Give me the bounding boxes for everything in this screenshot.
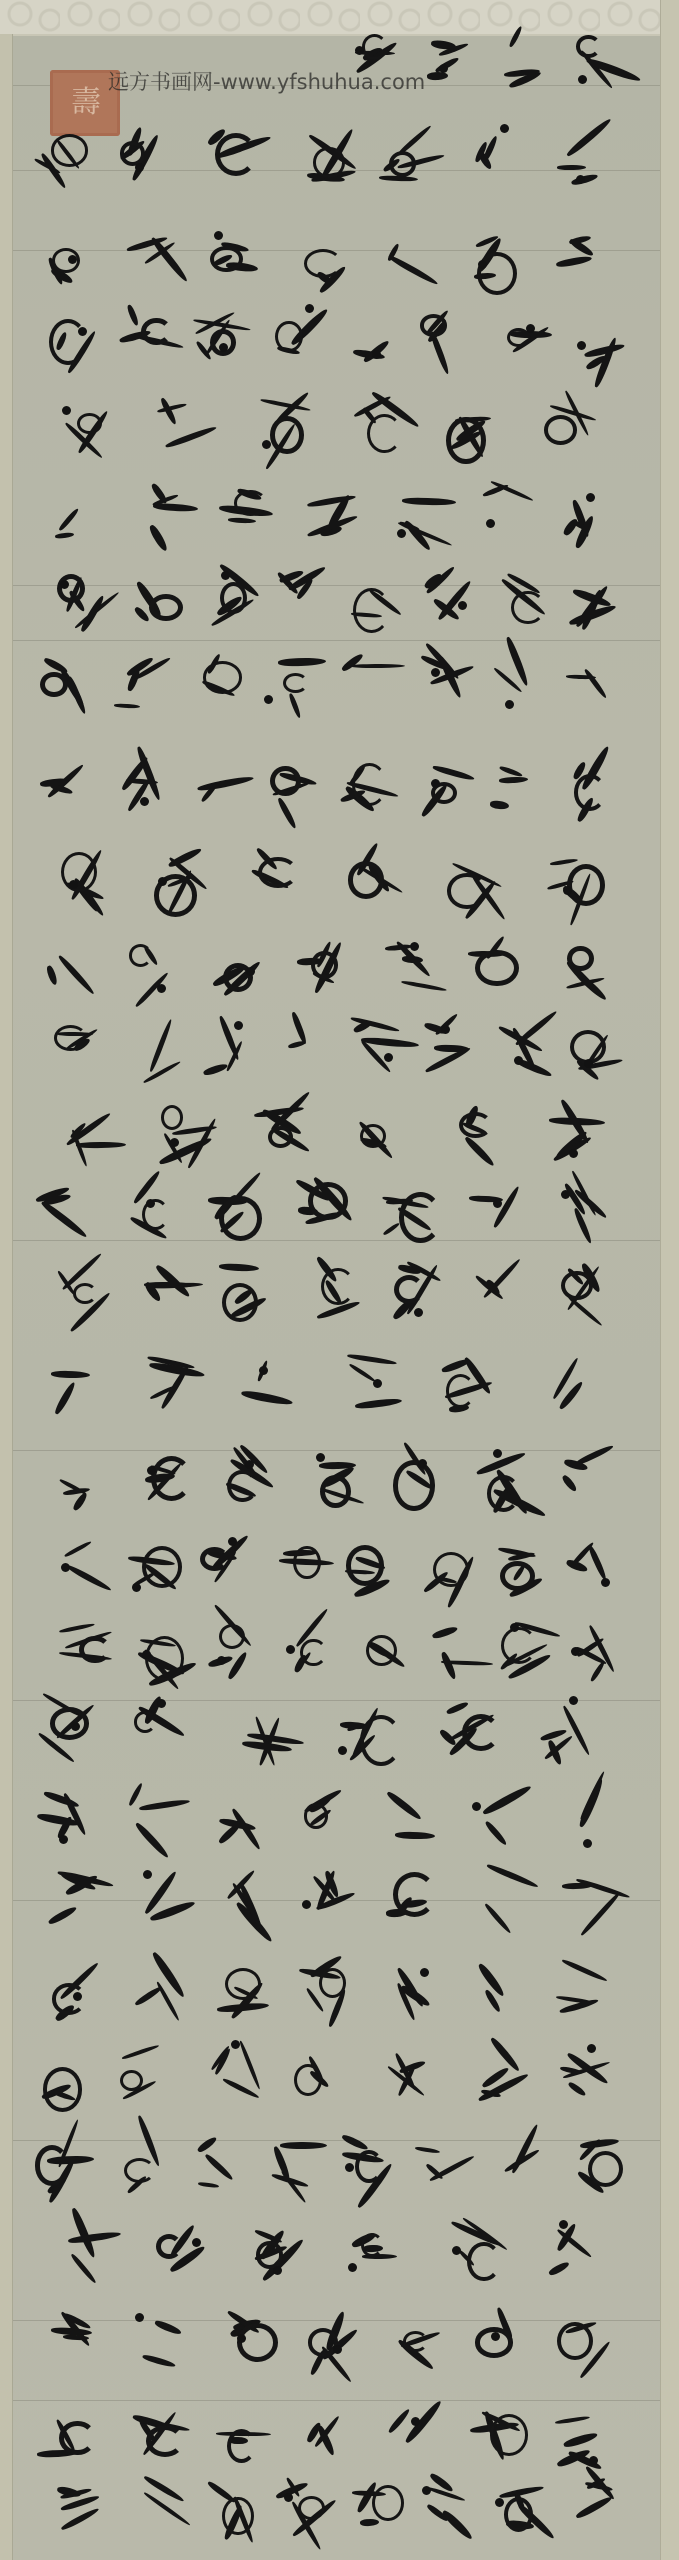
ink-loop <box>120 2070 143 2091</box>
ink-dot <box>583 1839 592 1848</box>
cursive-character <box>414 754 483 820</box>
cursive-character <box>123 2404 193 2470</box>
ink-dot <box>493 1199 502 1208</box>
cursive-character <box>186 2129 256 2195</box>
ink-dot <box>589 2456 598 2465</box>
calligraphy-column <box>20 304 640 374</box>
cursive-character <box>302 1254 372 1320</box>
ink-dot <box>384 1053 393 1062</box>
cursive-character <box>35 1349 105 1415</box>
ink-dot <box>563 886 572 895</box>
ink-stroke <box>114 703 140 708</box>
cursive-character <box>382 226 452 292</box>
calligraphy-column <box>20 1444 640 1514</box>
cursive-character <box>210 226 280 292</box>
calligraphy-column <box>20 479 640 549</box>
ink-stroke <box>486 1863 539 1889</box>
calligraphy-column <box>20 564 640 634</box>
cursive-character <box>543 1094 613 1160</box>
ink-stroke <box>45 965 59 986</box>
cursive-character <box>37 2404 107 2470</box>
ink-loop <box>124 2158 156 2184</box>
cursive-character <box>472 2309 542 2375</box>
ink-stroke <box>198 2182 220 2189</box>
cursive-character <box>421 2469 488 2535</box>
cursive-character <box>189 649 258 715</box>
ink-dot <box>493 1449 502 1458</box>
ink-stroke <box>134 1821 171 1860</box>
ink-loop <box>142 1546 182 1588</box>
ink-loop <box>43 2067 83 2112</box>
ink-dot <box>221 571 230 580</box>
cursive-character <box>543 2219 613 2285</box>
calligraphy-column <box>20 754 640 824</box>
cursive-character <box>382 2404 452 2470</box>
calligraphy-column <box>20 1864 640 1934</box>
ink-stroke <box>483 1258 522 1299</box>
ink-dot <box>219 343 228 352</box>
cursive-character <box>251 389 321 455</box>
ink-dot <box>259 1366 268 1375</box>
ink-loop <box>79 1636 111 1664</box>
cursive-character <box>347 1014 414 1080</box>
ink-dot <box>478 260 487 269</box>
ink-dot <box>286 1645 295 1654</box>
calligraphy-column <box>20 1534 640 1604</box>
ink-stroke <box>39 1200 88 1240</box>
ink-stroke <box>347 1354 398 1367</box>
cursive-character <box>204 122 274 188</box>
ink-dot <box>486 519 495 528</box>
ink-dot <box>316 1453 325 1462</box>
ink-loop <box>219 1624 245 1649</box>
cursive-character <box>127 564 194 630</box>
ink-stroke <box>565 117 612 159</box>
ink-loop <box>294 2064 322 2096</box>
cursive-character <box>489 2129 559 2195</box>
cursive-character <box>201 2469 268 2535</box>
cursive-character <box>491 304 560 370</box>
calligraphy-column <box>20 2309 640 2379</box>
cursive-character <box>296 934 366 1000</box>
calligraphy-column <box>20 389 640 459</box>
ink-loop <box>151 1456 192 1501</box>
ink-loop <box>308 1182 349 1220</box>
ink-dot <box>420 1968 429 1977</box>
cursive-character <box>264 649 333 715</box>
ink-loop <box>270 416 303 454</box>
cursive-character <box>564 2129 634 2195</box>
ink-stroke <box>561 1473 579 1492</box>
cursive-character <box>219 2309 289 2375</box>
ink-stroke <box>441 2508 475 2540</box>
ink-loop <box>348 861 384 898</box>
ink-loop <box>557 2322 593 2360</box>
ink-stroke <box>477 1962 507 1997</box>
ink-loop <box>446 417 485 464</box>
ink-loop <box>475 950 518 986</box>
cursive-character <box>130 1864 200 1930</box>
cursive-character <box>209 2404 279 2470</box>
cursive-character <box>33 2039 103 2105</box>
cursive-character <box>445 844 515 910</box>
ink-loop <box>462 1714 500 1751</box>
cursive-character <box>338 1349 408 1415</box>
cursive-character <box>438 1349 508 1415</box>
cursive-character <box>471 1254 541 1320</box>
ink-stroke <box>155 1263 193 1298</box>
cursive-character <box>139 1444 209 1510</box>
cursive-character <box>339 649 408 715</box>
ink-dot <box>452 2246 461 2255</box>
ink-dot <box>59 1835 68 1844</box>
cursive-character <box>556 2309 626 2375</box>
ink-loop <box>567 946 593 971</box>
ink-dot <box>135 2313 144 2322</box>
ink-loop <box>61 852 97 892</box>
cursive-character <box>568 22 635 88</box>
cursive-character <box>122 1784 192 1850</box>
ink-dot <box>302 1900 311 1909</box>
cursive-character <box>128 2469 195 2535</box>
ink-dot <box>577 341 586 350</box>
cursive-character <box>468 226 538 292</box>
ink-dot <box>234 1021 243 1030</box>
cursive-character <box>136 1349 206 1415</box>
ink-stroke <box>134 1985 163 2007</box>
ink-dot <box>348 2263 357 2272</box>
calligraphy-column <box>20 2129 640 2199</box>
cursive-character <box>556 1254 626 1320</box>
ink-stroke <box>128 1782 143 1806</box>
ink-loop <box>222 1283 258 1322</box>
cursive-character <box>112 754 181 820</box>
cursive-character <box>152 844 222 910</box>
cursive-character <box>36 1784 106 1850</box>
ink-stroke <box>483 1902 512 1934</box>
cursive-character <box>154 389 224 455</box>
ink-loop <box>311 951 337 978</box>
calligraphy-column <box>20 2404 640 2474</box>
cursive-character <box>299 1954 369 2020</box>
ink-dot <box>397 529 406 538</box>
ink-stroke <box>142 2491 191 2527</box>
cursive-character <box>204 1614 271 1680</box>
cursive-character <box>380 2039 450 2105</box>
ink-stroke <box>481 1783 532 1817</box>
cursive-character <box>446 389 516 455</box>
calligraphy-column <box>20 1784 640 1854</box>
ink-loop <box>313 147 344 177</box>
ink-loop <box>362 34 387 60</box>
cursive-character <box>567 1614 634 1680</box>
ink-loop <box>220 582 248 615</box>
cursive-character <box>467 2039 537 2105</box>
cursive-character <box>382 934 452 1000</box>
cursive-character <box>223 1444 293 1510</box>
ink-stroke <box>241 1389 294 1406</box>
ink-stroke <box>66 1563 113 1592</box>
ink-dot <box>458 601 467 610</box>
ink-loop <box>420 314 447 336</box>
ink-dot <box>78 327 87 336</box>
calligraphy-column <box>20 649 640 719</box>
ink-dot <box>68 255 77 264</box>
ink-stroke <box>387 2408 410 2435</box>
ink-loop <box>320 1475 350 1508</box>
ink-loop <box>399 1192 442 1243</box>
ink-dot <box>411 2417 420 2426</box>
ink-loop <box>222 2497 253 2536</box>
ink-stroke <box>561 1958 608 1983</box>
cursive-character <box>291 122 361 188</box>
ink-stroke <box>121 2044 159 2061</box>
ink-loop <box>304 1803 329 1828</box>
ink-stroke <box>415 2147 440 2155</box>
cursive-character <box>494 564 561 630</box>
ink-dot <box>157 1699 166 1708</box>
cursive-character <box>338 2129 408 2195</box>
ink-dot <box>73 1992 82 2001</box>
ink-loop <box>298 2496 325 2520</box>
ink-dot <box>264 695 273 704</box>
ink-dot <box>414 1308 423 1317</box>
cursive-character <box>347 564 414 630</box>
cursive-character <box>300 1864 370 1930</box>
cursive-character <box>467 1174 537 1240</box>
cursive-character <box>567 2469 634 2535</box>
cursive-character <box>466 122 536 188</box>
calligraphy-column <box>20 1349 640 1419</box>
cursive-character <box>295 2404 365 2470</box>
ink-loop <box>372 2485 403 2521</box>
cursive-character <box>206 2039 276 2105</box>
ink-stroke <box>490 800 509 810</box>
cursive-character <box>567 564 634 630</box>
ink-loop <box>544 415 577 445</box>
ink-stroke <box>341 2134 369 2152</box>
cursive-character <box>420 564 487 630</box>
cursive-character <box>380 1174 450 1240</box>
left-mount-margin <box>0 34 13 2560</box>
ink-loop <box>129 944 153 967</box>
ink-loop <box>500 1561 535 1591</box>
ink-loop <box>447 873 486 908</box>
cursive-character <box>274 1014 341 1080</box>
ink-dot <box>157 984 166 993</box>
ink-loop <box>161 1105 183 1130</box>
ink-dot <box>132 1583 141 1592</box>
ink-loop <box>73 1283 97 1304</box>
ink-loop <box>393 1460 435 1510</box>
cursive-character <box>390 1444 460 1510</box>
ink-dot <box>170 1138 179 1147</box>
ink-dot <box>587 2044 596 2053</box>
ink-dot <box>143 1870 152 1879</box>
calligraphy-column <box>20 1254 640 1324</box>
cursive-character <box>263 754 332 820</box>
ink-dot <box>410 942 419 951</box>
ink-loop <box>576 35 600 58</box>
ink-stroke <box>63 1540 91 1558</box>
cursive-character <box>54 564 121 630</box>
ink-dot <box>441 1025 450 1034</box>
cursive-character <box>201 1014 268 1080</box>
calligraphy-column <box>20 2219 640 2289</box>
cursive-character <box>348 2219 418 2285</box>
ink-stroke <box>143 1059 182 1084</box>
calligraphy-column <box>20 22 640 92</box>
cursive-character <box>51 2309 121 2375</box>
ink-dot <box>246 967 255 976</box>
ink-stroke <box>217 2002 270 2014</box>
cursive-character <box>495 1614 562 1680</box>
cursive-character <box>468 934 538 1000</box>
cursive-character <box>128 1954 198 2020</box>
ink-dot <box>491 2332 500 2341</box>
ink-dot <box>217 1656 226 1665</box>
cursive-character <box>56 1444 126 1510</box>
calligraphy-column <box>20 2039 640 2109</box>
ink-loop <box>149 594 183 621</box>
cursive-character <box>336 1694 406 1760</box>
ink-dot <box>526 324 535 333</box>
ink-loop <box>77 413 102 434</box>
cursive-character <box>555 1864 625 1930</box>
ink-dot <box>569 1149 578 1158</box>
cursive-character <box>437 1694 507 1760</box>
ink-loop <box>588 2151 623 2187</box>
cursive-character <box>34 1174 104 1240</box>
cursive-character <box>379 122 449 188</box>
ink-dot <box>245 1460 254 1469</box>
ink-stroke <box>72 1491 89 1512</box>
cursive-character <box>124 226 194 292</box>
cursive-character <box>416 304 485 370</box>
cursive-character <box>303 2309 373 2375</box>
ink-loop <box>501 1627 537 1664</box>
ink-loop <box>283 673 308 694</box>
ink-dot <box>273 2266 282 2275</box>
ink-dot <box>561 1190 570 1199</box>
ink-loop <box>394 1275 424 1304</box>
ink-loop <box>59 2421 95 2455</box>
cursive-character <box>57 389 127 455</box>
cursive-character <box>539 1694 609 1760</box>
cursive-character <box>306 1444 376 1510</box>
ink-loop <box>511 591 544 624</box>
ink-stroke <box>57 954 96 995</box>
cursive-character <box>277 1614 344 1680</box>
ink-loop <box>203 661 242 694</box>
ink-loop <box>367 414 402 453</box>
calligraphy-column <box>20 2469 640 2539</box>
calligraphy-column <box>20 1014 640 1084</box>
ink-dot <box>305 304 314 313</box>
ink-dot <box>62 406 71 415</box>
ink-loop <box>477 252 517 295</box>
ink-loop <box>355 2150 383 2183</box>
cursive-character <box>49 1254 119 1320</box>
ink-stroke <box>577 1777 604 1828</box>
ink-dot <box>333 2345 342 2354</box>
cursive-character <box>471 479 541 545</box>
ink-stroke <box>579 2138 619 2151</box>
cursive-character <box>111 2129 181 2195</box>
cursive-character <box>553 122 623 188</box>
cursive-character <box>50 479 120 545</box>
right-mount-margin <box>660 0 679 2560</box>
cursive-character <box>55 2469 122 2535</box>
cursive-character <box>249 844 319 910</box>
cursive-character <box>196 1534 264 1600</box>
ink-loop <box>360 1124 386 1148</box>
cursive-character <box>113 649 182 715</box>
ink-dot <box>372 350 381 359</box>
seal-glyph: 壽 <box>71 88 99 118</box>
ink-loop <box>57 574 86 604</box>
cursive-character <box>134 479 204 545</box>
ink-loop <box>215 133 257 176</box>
cursive-character <box>555 1954 625 2020</box>
cursive-character <box>48 1534 116 1600</box>
ink-loop <box>393 1872 436 1917</box>
ink-loop <box>50 1707 89 1740</box>
cursive-character <box>124 934 194 1000</box>
ink-stroke <box>383 1222 401 1236</box>
cursive-character <box>445 2219 515 2285</box>
ink-dot <box>472 1802 481 1811</box>
ink-loop <box>234 490 267 515</box>
cursive-character <box>54 1014 121 1080</box>
ink-loop <box>141 318 171 345</box>
cursive-character <box>554 2404 624 2470</box>
ink-stroke <box>499 765 523 777</box>
cursive-character <box>542 844 612 910</box>
cursive-character <box>127 1014 194 1080</box>
ink-dot <box>231 2040 240 2049</box>
ink-loop <box>145 1636 184 1681</box>
cursive-character <box>118 304 187 370</box>
ink-stroke <box>126 304 140 326</box>
cursive-character <box>210 934 280 1000</box>
ink-dot <box>140 797 149 806</box>
cursive-character <box>122 1534 190 1600</box>
ink-stroke <box>550 858 579 867</box>
ink-stroke <box>477 2072 529 2104</box>
ink-dot <box>439 64 448 73</box>
cursive-character <box>38 226 108 292</box>
cursive-character <box>59 1614 126 1680</box>
calligraphy-column <box>20 934 640 1004</box>
cursive-character <box>344 1534 412 1600</box>
cursive-character <box>388 2309 458 2375</box>
cursive-character <box>413 2129 483 2195</box>
ink-loop <box>361 2233 383 2257</box>
ink-stroke <box>354 1397 402 1411</box>
cursive-character <box>133 1694 203 1760</box>
cursive-character <box>188 754 257 820</box>
cursive-character <box>348 2469 415 2535</box>
ink-stroke <box>197 774 254 792</box>
cursive-character <box>43 1954 113 2020</box>
cursive-character <box>38 649 107 715</box>
ink-stroke <box>147 524 169 553</box>
cursive-character <box>553 1174 623 1240</box>
ink-dot <box>214 231 223 240</box>
ink-stroke <box>59 1622 95 1634</box>
ink-dot <box>61 1563 70 1572</box>
